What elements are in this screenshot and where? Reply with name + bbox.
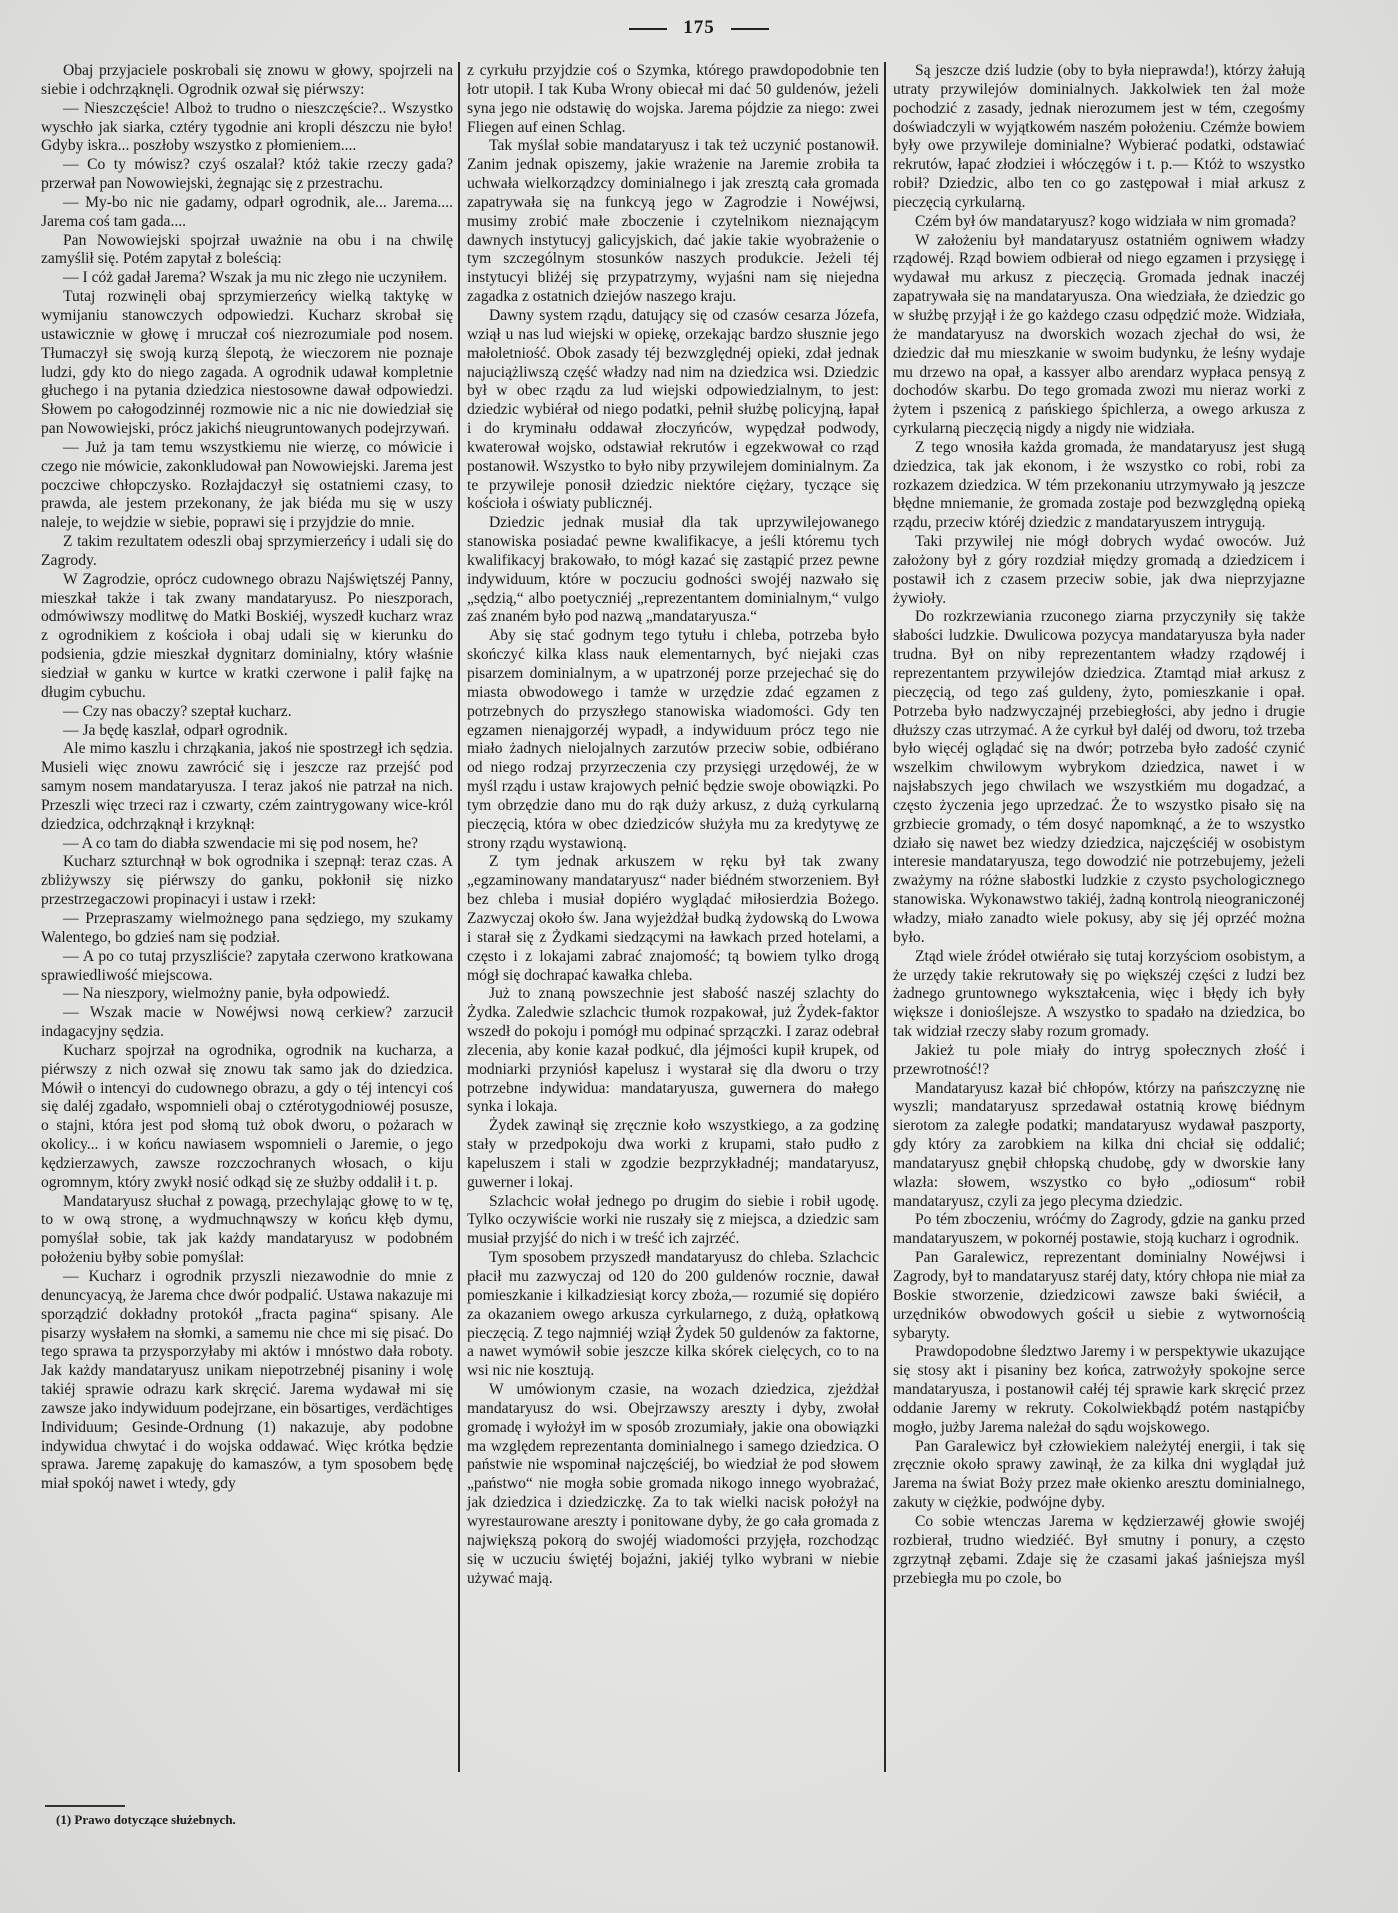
paragraph: Prawdopodobne śledztwo Jaremy i w perspe…: [893, 1343, 1305, 1437]
paragraph: Ale mimo kaszlu i chrząkania, jakoś nie …: [41, 740, 453, 834]
column-right: Są jeszcze dziś ludzie (oby to była niep…: [893, 62, 1305, 1588]
paragraph: Ztąd wiele źródeł otwiérało się tutaj ko…: [893, 948, 1305, 1042]
paragraph: — My-bo nic nie gadamy, odparł ogrodnik,…: [41, 194, 453, 232]
paragraph: Czém był ów mandataryusz? kogo widziała …: [893, 213, 1305, 232]
paragraph: W Zagrodzie, oprócz cudownego obrazu Naj…: [41, 571, 453, 703]
page-number-dash-right: [731, 28, 769, 30]
page-number-text: 175: [683, 17, 715, 38]
paragraph: — Co ty mówisz? czyś oszalał? któż takie…: [41, 156, 453, 194]
footnote-divider: [45, 1805, 125, 1807]
paragraph: — Czy nas obaczy? szeptał kucharz.: [41, 703, 453, 722]
page-number-dash-left: [629, 28, 667, 30]
paragraph: Po tém zboczeniu, wróćmy do Zagrody, gdz…: [893, 1211, 1305, 1249]
paragraph: Tak myślał sobie mandataryusz i tak też …: [467, 137, 879, 307]
paragraph: Dziedzic jednak musiał dla tak uprzywile…: [467, 514, 879, 627]
paragraph: Jakież tu pole miały do intryg społeczny…: [893, 1042, 1305, 1080]
paragraph: Dawny system rządu, datujący się od czas…: [467, 307, 879, 514]
paragraph: Do rozkrzewiania rzuconego ziarna przycz…: [893, 608, 1305, 947]
paragraph: Tym sposobem przyszedł mandataryusz do c…: [467, 1249, 879, 1381]
paragraph: — A co tam do diabła szwendacie mi się p…: [41, 835, 453, 854]
paragraph: Są jeszcze dziś ludzie (oby to była niep…: [893, 62, 1305, 213]
column-left: Obaj przyjaciele poskrobali się znowu w …: [41, 62, 453, 1494]
paragraph: Z tego wnosiła każda gromada, że mandata…: [893, 439, 1305, 533]
paragraph: Pan Garalewicz był człowiekiem należytéj…: [893, 1438, 1305, 1513]
paragraph: W założeniu był mandataryusz ostatniém o…: [893, 232, 1305, 439]
paragraph: Aby się stać godnym tego tytułu i chleba…: [467, 627, 879, 853]
paragraph: Tutaj rozwinęli obaj sprzymierzeńcy wiel…: [41, 288, 453, 439]
paragraph: — Ja będę kaszlał, odparł ogrodnik.: [41, 722, 453, 741]
footnote: (1) Prawo dotyczące służebnych.: [56, 1812, 236, 1828]
paragraph: W umówionym czasie, na wozach dziedzica,…: [467, 1381, 879, 1588]
paragraph: — Na nieszpory, wielmożny panie, była od…: [41, 985, 453, 1004]
paragraph: — Kucharz i ogrodnik przyszli niezawodni…: [41, 1268, 453, 1494]
paragraph: z cyrkułu przyjdzie coś o Szymka, któreg…: [467, 62, 879, 137]
paragraph: — I cóż gadał Jarema? Wszak ja mu nic zł…: [41, 269, 453, 288]
paragraph: Z takim rezultatem odeszli obaj sprzymie…: [41, 533, 453, 571]
paragraph: Obaj przyjaciele poskrobali się znowu w …: [41, 62, 453, 100]
paragraph: Żydek zawinął się zręcznie koło wszystki…: [467, 1117, 879, 1192]
paragraph: — Już ja tam temu wszystkiemu nie wierzę…: [41, 439, 453, 533]
paragraph: Z tym jednak arkuszem w ręku był tak zwa…: [467, 853, 879, 985]
paragraph: Kucharz spojrzał na ogrodnika, ogrodnik …: [41, 1042, 453, 1193]
paragraph: Szlachcic wołał jednego po drugim do sie…: [467, 1193, 879, 1250]
column-middle: z cyrkułu przyjdzie coś o Szymka, któreg…: [467, 62, 879, 1588]
paragraph: — Nieszczęście! Alboż to trudno o nieszc…: [41, 100, 453, 157]
paragraph: — A po co tutaj przyszliście? zapytała c…: [41, 948, 453, 986]
page-number: 175: [0, 17, 1398, 39]
paragraph: Pan Garalewicz, reprezentant dominialny …: [893, 1249, 1305, 1343]
paragraph: Co sobie wtenczas Jarema w kędzierzawéj …: [893, 1513, 1305, 1588]
paragraph: — Przepraszamy wielmożnego pana sędziego…: [41, 910, 453, 948]
column-divider: [458, 62, 460, 1772]
paragraph: Kucharz szturchnął w bok ogrodnika i sze…: [41, 853, 453, 910]
paragraph: Pan Nowowiejski spojrzał uważnie na obu …: [41, 232, 453, 270]
paragraph: Już to znaną powszechnie jest słabość na…: [467, 985, 879, 1117]
paragraph: — Wszak macie w Nowéjwsi nową cerkiew? z…: [41, 1004, 453, 1042]
paragraph: Mandataryusz słuchał z powagą, przechyla…: [41, 1193, 453, 1268]
column-divider: [884, 62, 886, 1772]
paragraph: Taki przywilej nie mógł dobrych wydać ow…: [893, 533, 1305, 608]
paragraph: Mandataryusz kazał bić chłopów, którzy n…: [893, 1080, 1305, 1212]
